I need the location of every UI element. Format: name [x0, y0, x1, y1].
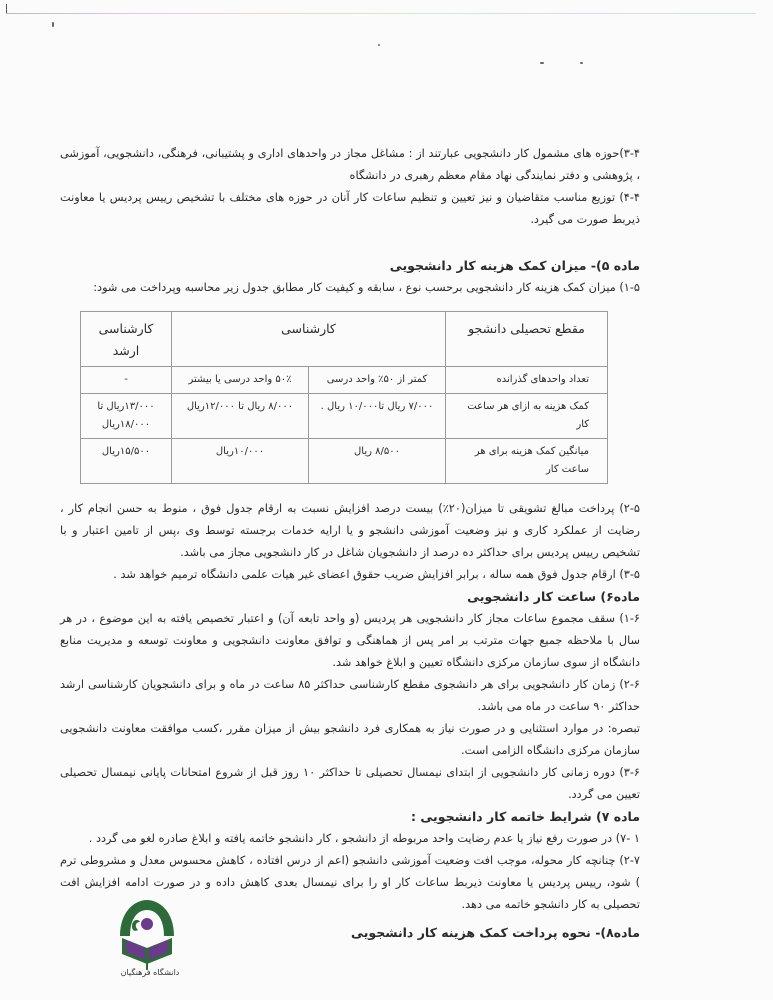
cell-bachelor-lt50: ۸/۵۰۰ ریال — [309, 439, 446, 484]
clause-5-2: ۲-۵) پرداخت مبالغ تشویقی تا میزان(۲۰٪) ب… — [60, 498, 640, 564]
table-row: کمک هزینه به ازای هر ساعت کار ۷/۰۰۰ ریال… — [81, 394, 608, 439]
article-5-heading: ماده ۵)- میزان کمک هزینه کار دانشجویی — [60, 255, 640, 277]
cell-master: - — [81, 367, 172, 394]
clause-3-4: ۳-۴)حوزه های مشمول کار دانشجویی عبارتند … — [60, 143, 640, 187]
clause-6-2: ۲-۶) زمان کار دانشجویی برای هر دانشجوی م… — [60, 674, 640, 718]
header-level: مقطع تحصیلی دانشجو — [446, 312, 608, 367]
cell-bachelor-lt50: ۷/۰۰۰ ریال تا۱۰/۰۰۰ ریال . — [309, 394, 446, 439]
row-label: تعداد واحدهای گذرانده — [446, 367, 608, 394]
cell-bachelor-ge50: ۱۰/۰۰۰ریال — [172, 439, 309, 484]
header-master: کارشناسی ارشد — [81, 312, 172, 367]
scan-speck — [52, 22, 54, 27]
cell-bachelor-ge50: ۸/۰۰۰ ریال تا ۱۲/۰۰۰ریال — [172, 394, 309, 439]
clause-7-1: ۱ -۷) در صورت رفع نیاز یا عدم رضایت واحد… — [60, 828, 640, 850]
clause-5-1: ۱-۵) میزان کمک هزینه کار دانشجویی برحسب … — [60, 277, 640, 299]
document-page: ۳-۴)حوزه های مشمول کار دانشجویی عبارتند … — [60, 143, 640, 944]
table-header-row: مقطع تحصیلی دانشجو کارشناسی کارشناسی ارش… — [81, 312, 608, 367]
scan-top-line — [6, 13, 756, 14]
article-6-heading: ماده۶) ساعت کار دانشجویی — [60, 586, 640, 608]
scan-speck — [580, 62, 583, 64]
table-row: میانگین کمک هزینه برای هر ساعت کار ۸/۵۰۰… — [81, 439, 608, 484]
scan-speck — [540, 62, 544, 64]
cell-master: ۱۳/۰۰۰ریال تا ۱۸/۰۰۰ریال — [81, 394, 172, 439]
article-7-heading: ماده ۷) شرایط خاتمه کار دانشجویی : — [60, 806, 640, 828]
clause-5-3: ۳-۵) ارقام جدول فوق همه ساله ، برابر افز… — [60, 564, 640, 586]
cell-bachelor-lt50: کمتر از ۵۰٪ واحد درسی — [309, 367, 446, 394]
header-bachelor: کارشناسی — [172, 312, 446, 367]
table-row: تعداد واحدهای گذرانده کمتر از ۵۰٪ واحد د… — [81, 367, 608, 394]
clause-6-3: ۳-۶) دوره زمانی کار دانشجویی از ابتدای ن… — [60, 762, 640, 806]
row-label: کمک هزینه به ازای هر ساعت کار — [446, 394, 608, 439]
university-emblem-icon — [112, 896, 182, 1000]
row-label: میانگین کمک هزینه برای هر ساعت کار — [446, 439, 608, 484]
note-6: تبصره: در موارد استثنایی و در صورت نیاز … — [60, 718, 640, 762]
cell-bachelor-ge50: ۵۰٪ واحد درسی یا بیشتر — [172, 367, 309, 394]
logo-caption: دانشگاه فرهنگیان — [115, 968, 185, 977]
clause-6-1: ۱-۶) سقف مجموع ساعات مجاز کار دانشجویی ه… — [60, 608, 640, 674]
cell-master: ۱۵/۵۰۰ریال — [81, 439, 172, 484]
scan-speck — [378, 44, 380, 46]
clause-4-4: ۴-۴) توزیع مناسب متقاضیان و نیز تعیین و … — [60, 187, 640, 231]
fee-table: مقطع تحصیلی دانشجو کارشناسی کارشناسی ارش… — [80, 311, 608, 484]
